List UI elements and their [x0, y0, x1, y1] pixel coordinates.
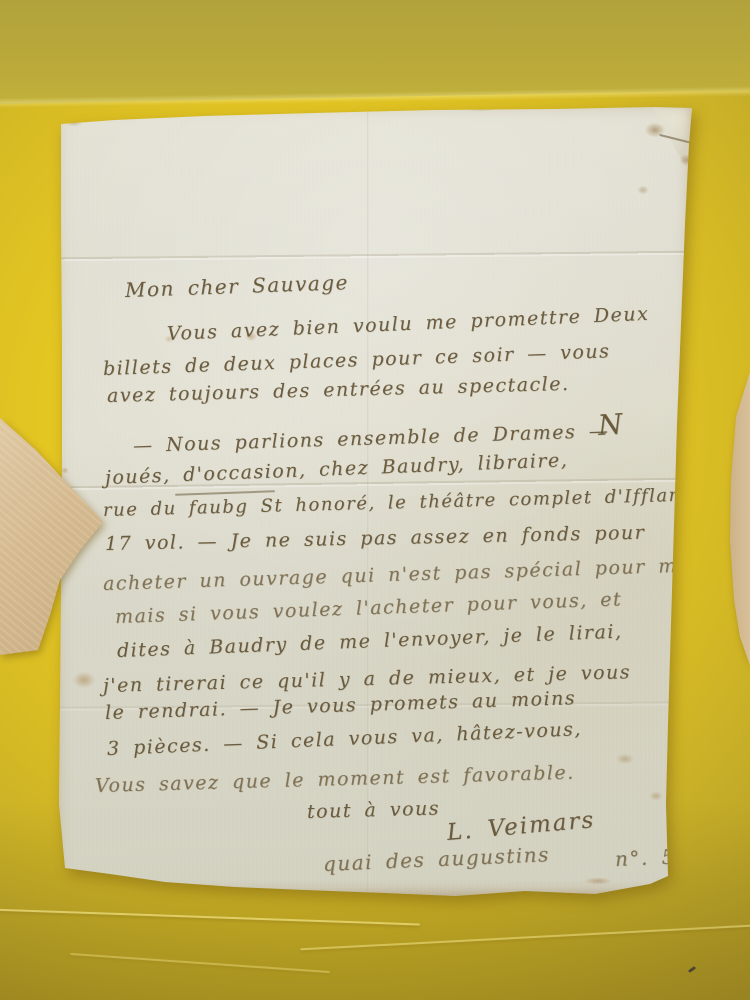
body-line: mais si vous voulez l'acheter pour vous,… — [115, 588, 623, 628]
body-line: dites à Baudry de me l'envoyer, je le li… — [117, 621, 623, 662]
letter-sheet-wrap: Mon cher Sauvage Vous avez bien voulu me… — [55, 104, 695, 898]
body-line: avez toujours des entrées au spectacle. — [107, 373, 570, 407]
debris-mark — [688, 966, 696, 973]
signature: L. Veimars — [446, 807, 596, 846]
foxing-spot — [647, 790, 665, 802]
backdrop-crease — [0, 908, 420, 925]
body-line: Vous savez que le moment est favorable. — [95, 762, 575, 797]
body-line: 17 vol. — Je ne suis pas assez en fonds … — [105, 522, 646, 555]
foxing-spot — [635, 184, 651, 196]
address-street: quai des augustins — [322, 842, 550, 876]
tan-paper-right — [726, 365, 750, 665]
foxing-spot — [69, 669, 99, 691]
address-number: n°. 55. — [614, 843, 698, 871]
foxing-spot — [455, 104, 507, 112]
horizontal-fold-crease — [55, 251, 695, 262]
salutation-line: Mon cher Sauvage — [125, 270, 350, 302]
foxing-spot — [580, 876, 616, 886]
body-line: Vous avez bien voulu me promettre Deux — [167, 303, 650, 345]
foxing-spot — [63, 118, 85, 128]
letter-sheet: Mon cher Sauvage Vous avez bien voulu me… — [55, 104, 695, 898]
backdrop-crease — [300, 924, 750, 951]
foxing-spot — [613, 752, 637, 766]
body-line: acheter un ouvrage qui n'est pas spécial… — [103, 554, 719, 595]
body-line: 3 pièces. — Si cela vous va, hâtez-vous, — [107, 718, 583, 760]
margin-mark: N — [597, 407, 625, 442]
photo: Mon cher Sauvage Vous avez bien voulu me… — [0, 0, 750, 1000]
backdrop-crease — [70, 953, 330, 973]
body-line: rue du faubg St honoré, le théâtre compl… — [103, 485, 695, 521]
closing-line: tout à vous — [307, 798, 441, 823]
foxing-spot — [60, 466, 70, 475]
